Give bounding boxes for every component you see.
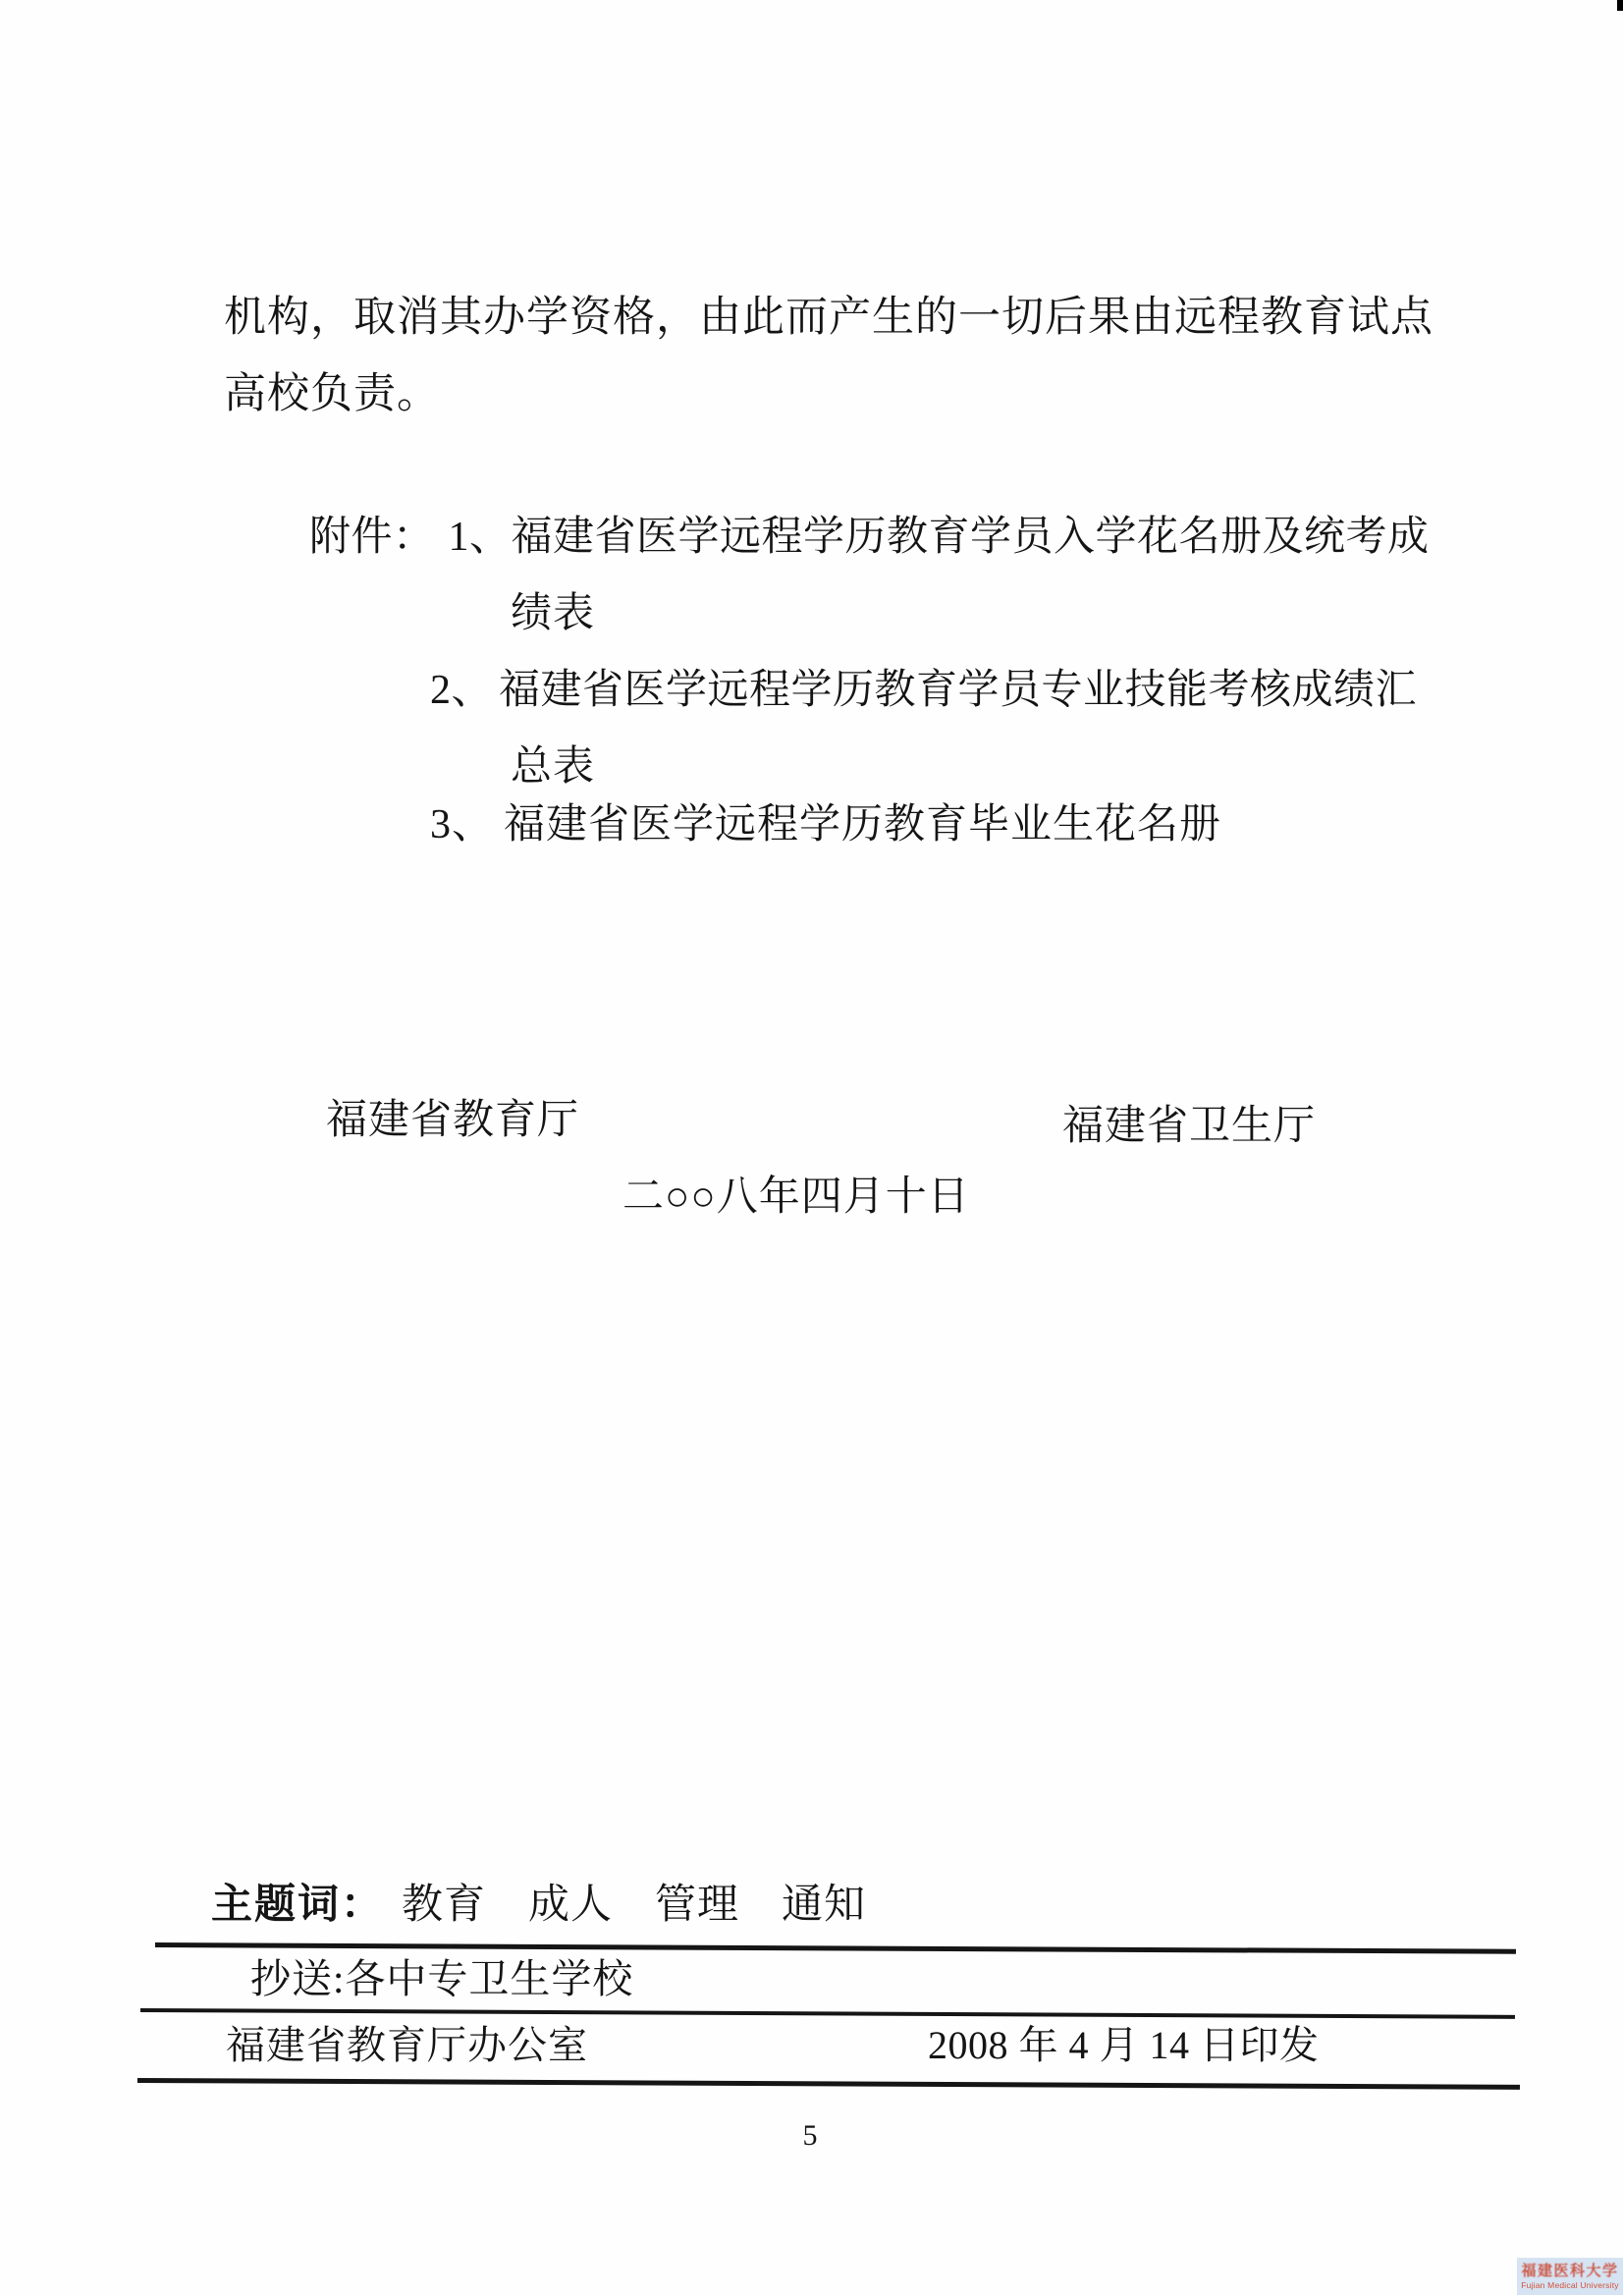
cc-line: 抄送:各中专卫生学校 bbox=[250, 1957, 633, 2001]
print-date: 2008 年 4 月 14 日印发 bbox=[928, 2024, 1320, 2067]
paragraph-line-1: 机构，取消其办学资格，由此而产生的一切后果由远程教育试点 bbox=[224, 295, 1434, 341]
scan-artifact-speck bbox=[1617, 0, 1623, 11]
subject-terms: 教育 成人 管理 通知 bbox=[402, 1883, 866, 1928]
attachment-1-index: 1、 bbox=[449, 515, 512, 560]
subject-label: 主题词： bbox=[211, 1881, 384, 1927]
fujian-medical-university-watermark: 福建医科大学 Fujian Medical University bbox=[1517, 2258, 1623, 2295]
divider-rule-bottom bbox=[137, 2078, 1520, 2090]
signature-education-department: 福建省教育厅 bbox=[326, 1098, 579, 1143]
page-number: 5 bbox=[785, 2119, 835, 2152]
subject-keywords-line: 主题词：教育 成人 管理 通知 bbox=[211, 1882, 866, 1928]
attachments-line-4: 总表 bbox=[511, 744, 595, 790]
scanned-document-page: 机构，取消其办学资格，由此而产生的一切后果由远程教育试点 高校负责。 附件：1、… bbox=[0, 0, 1623, 2296]
attachment-2-title: 福建省医学远程学历教育学员专业技能考核成绩汇 bbox=[499, 668, 1417, 713]
attachment-3-index: 3、 bbox=[430, 802, 494, 847]
divider-rule-top bbox=[155, 1942, 1516, 1954]
attachment-3-title: 福建省医学远程学历教育毕业生花名册 bbox=[504, 802, 1221, 847]
attachments-line-3: 2、福建省医学远程学历教育学员专业技能考核成绩汇 bbox=[430, 668, 1417, 713]
watermark-chinese-text: 福建医科大学 bbox=[1517, 2260, 1623, 2280]
attachments-line-2: 绩表 bbox=[511, 591, 595, 636]
attachments-label: 附件： bbox=[309, 515, 435, 560]
paragraph-line-2: 高校负责。 bbox=[224, 371, 440, 417]
attachment-1-title: 福建省医学远程学历教育学员入学花名册及统考成 bbox=[512, 515, 1430, 560]
issuing-office: 福建省教育厅办公室 bbox=[226, 2024, 588, 2067]
watermark-english-text: Fujian Medical University bbox=[1517, 2280, 1623, 2290]
attachments-line-1: 附件：1、福建省医学远程学历教育学员入学花名册及统考成 bbox=[309, 515, 1430, 560]
signature-date: 二○○八年四月十日 bbox=[622, 1175, 970, 1220]
divider-rule-middle bbox=[140, 2008, 1515, 2019]
attachment-2-index: 2、 bbox=[430, 668, 493, 713]
attachments-line-5: 3、福建省医学远程学历教育毕业生花名册 bbox=[430, 802, 1221, 847]
signature-health-department: 福建省卫生厅 bbox=[1062, 1104, 1316, 1149]
